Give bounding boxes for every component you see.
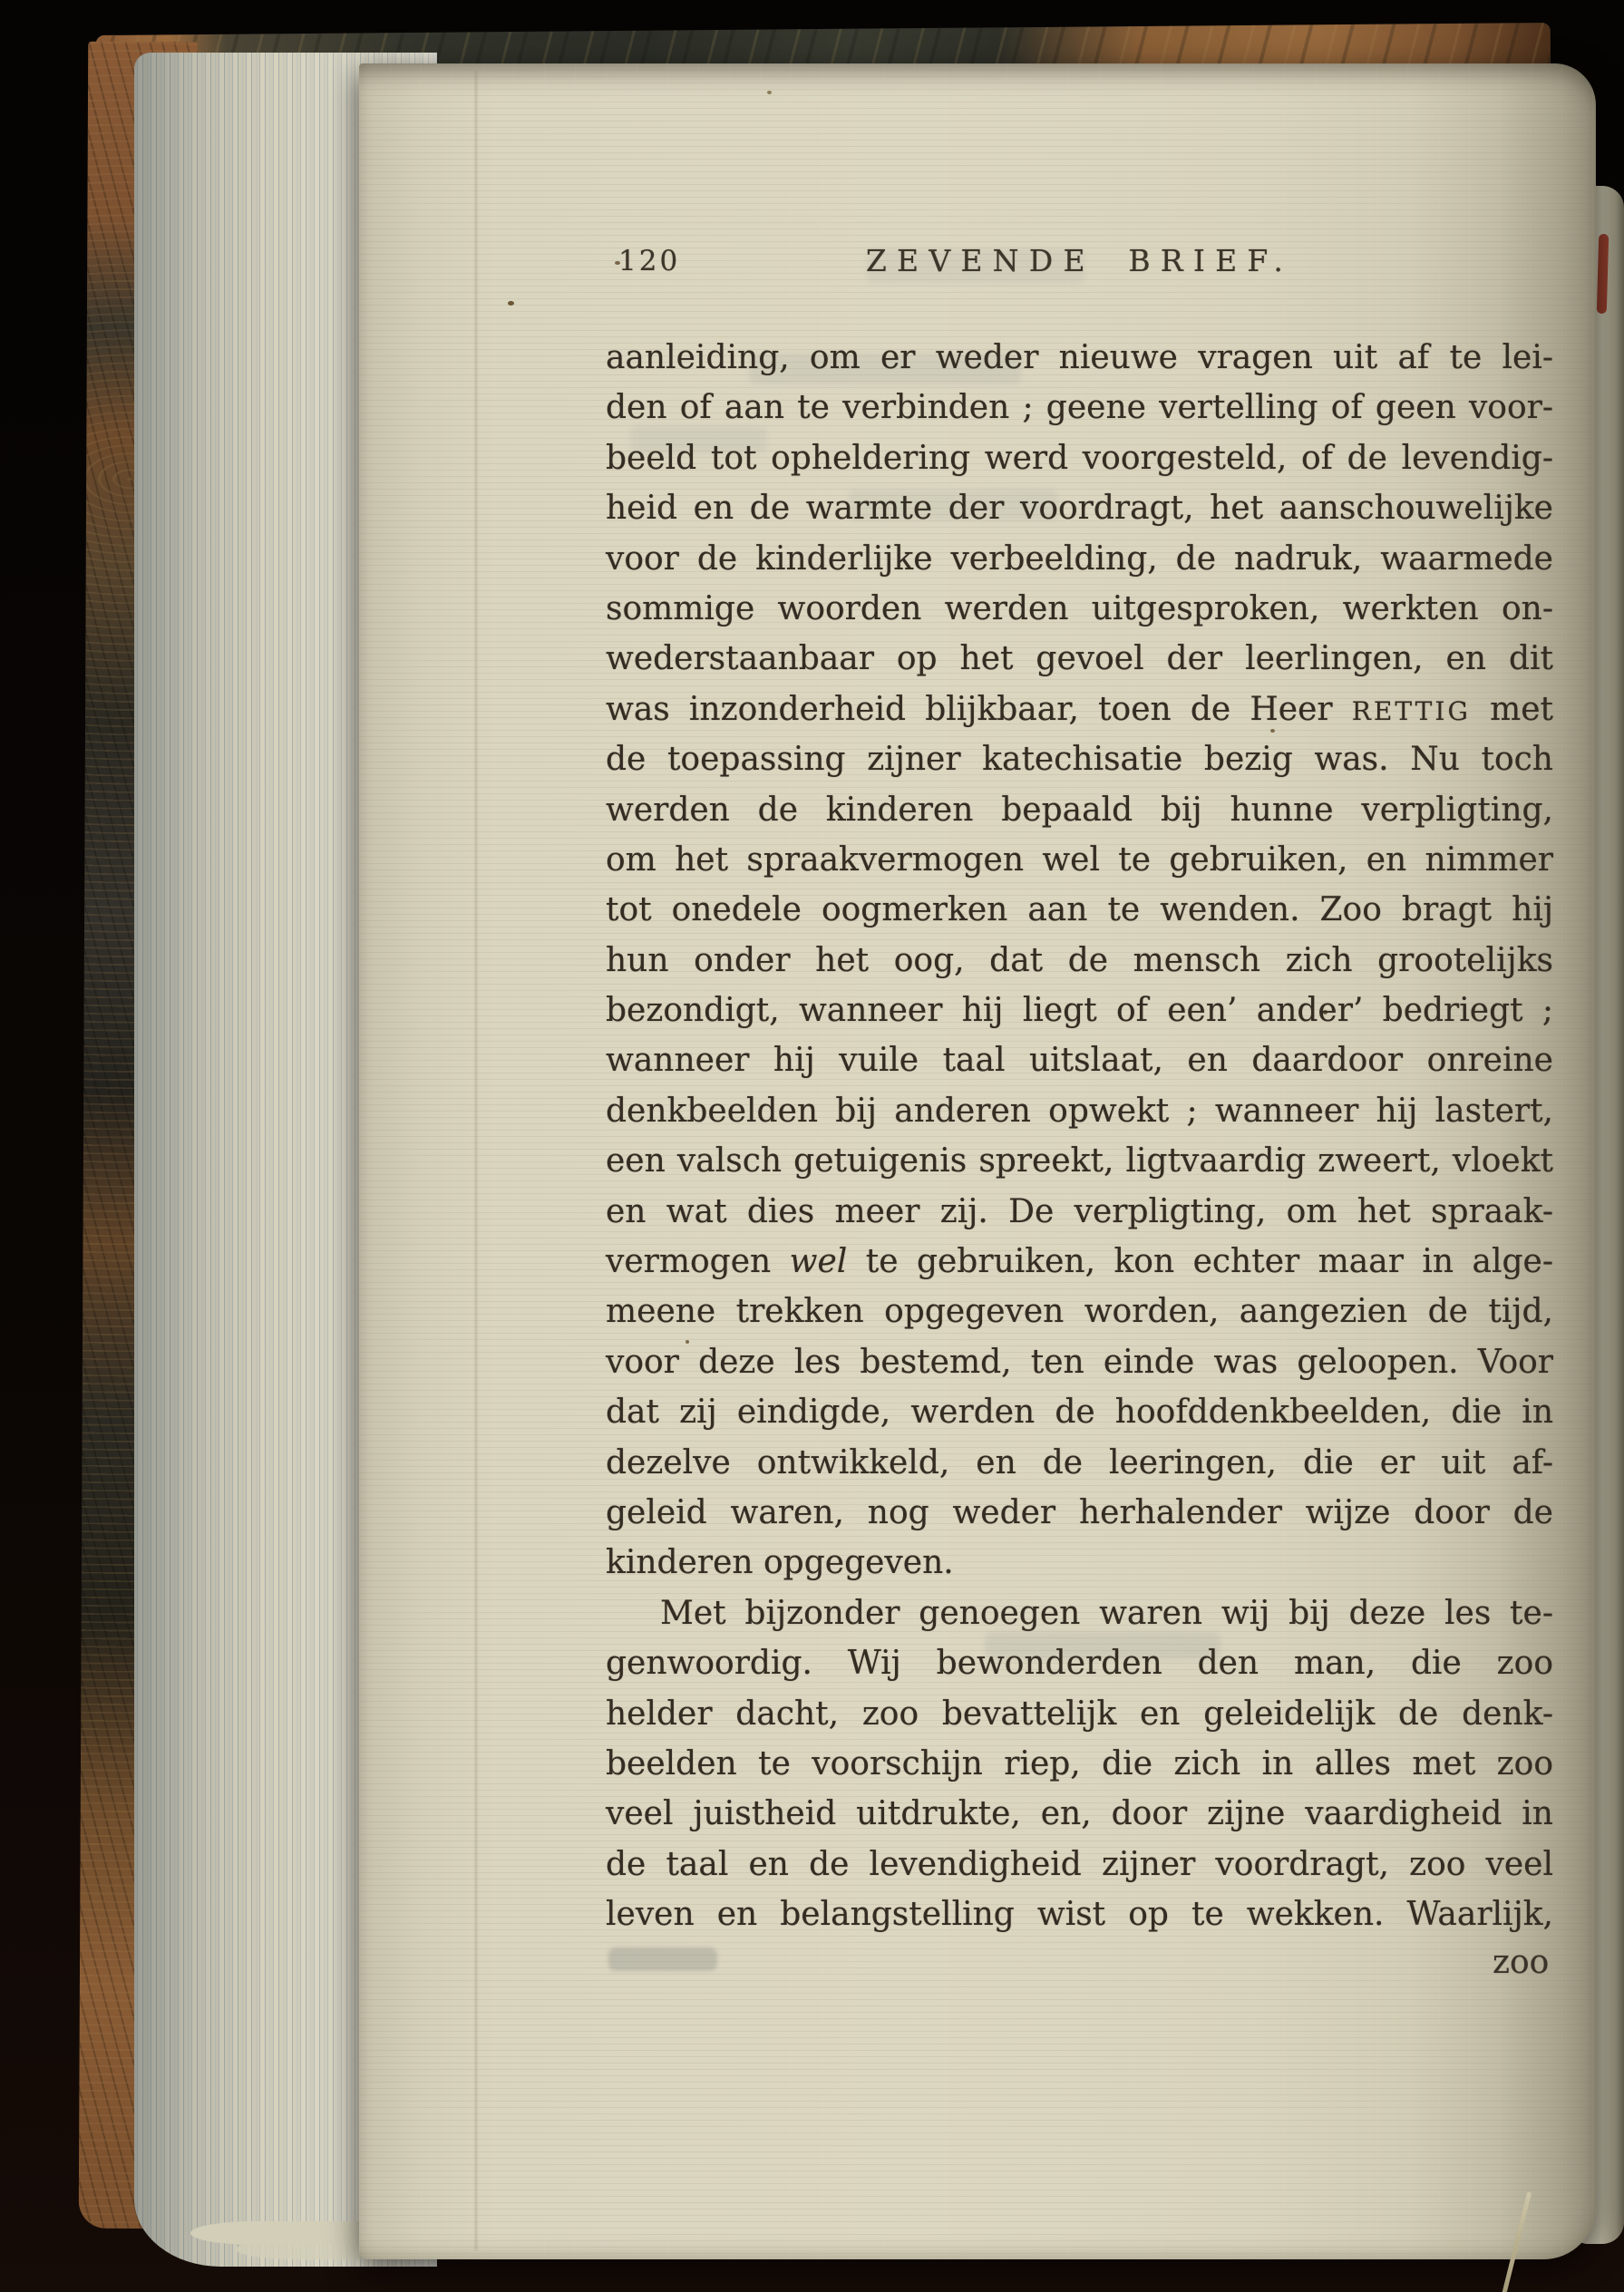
text-run: genwoordig. Wij bewonderden den man, die… (606, 1645, 1553, 1682)
text-run: aanleiding, om er weder nieuwe vragen ui… (606, 339, 1553, 376)
text-run: wel (790, 1243, 848, 1280)
text-run: meene trekken opgegeven worden, aangezie… (606, 1293, 1553, 1330)
text-block: aanleiding, om er weder nieuwe vragen ui… (606, 333, 1553, 1940)
text-run: werden de kinderen bepaald bij hunne ver… (606, 792, 1553, 829)
text-run: was inzonderheid blijkbaar, toen de Heer (606, 691, 1352, 728)
text-line: veel juistheid uitdrukte, en, door zijne… (606, 1789, 1553, 1839)
text-run: om het spraakvermogen wel te gebruiken, … (606, 841, 1553, 879)
text-run: hun onder het oog, dat de mensch zich gr… (606, 942, 1553, 979)
show-through-smudge (608, 1947, 717, 1971)
text-line: sommige woorden werden uitgesproken, wer… (606, 584, 1553, 634)
text-line: voor de kinderlijke verbeelding, de nadr… (606, 534, 1553, 584)
text-line: wederstaanbaar op het gevoel der leerlin… (606, 634, 1553, 684)
text-run: een valsch getuigenis spreekt, ligtvaard… (606, 1142, 1553, 1180)
text-run: voor deze les bestemd, ten einde was gel… (606, 1344, 1553, 1381)
text-line: meene trekken opgegeven worden, aangezie… (606, 1287, 1553, 1336)
book-photo: 120 ZEVENDE BRIEF. aanleiding, om er wed… (0, 0, 1624, 2292)
text-run: den of aan te verbinden ; geene vertelli… (606, 389, 1553, 426)
text-line: bezondigt, wanneer hij liegt of een’ and… (606, 986, 1553, 1035)
text-run: beelden te voorschijn riep, die zich in … (606, 1745, 1553, 1782)
foxing-speck (508, 301, 514, 306)
text-line: geleid waren, nog weder herhalender wijz… (606, 1488, 1553, 1538)
text-line: en wat dies meer zij. De verpligting, om… (606, 1187, 1553, 1237)
book-page: 120 ZEVENDE BRIEF. aanleiding, om er wed… (359, 63, 1596, 2259)
catchword: zoo (1493, 1944, 1549, 1981)
text-run: de toepassing zijner katechisatie bezig … (606, 741, 1553, 778)
text-line: om het spraakvermogen wel te gebruiken, … (606, 835, 1553, 885)
text-run: de taal en de levendigheid zijner voordr… (606, 1846, 1553, 1883)
text-run: met (1471, 691, 1553, 728)
text-run: kinderen opgegeven. (606, 1544, 954, 1581)
text-run: sommige woorden werden uitgesproken, wer… (606, 590, 1553, 627)
text-line: werden de kinderen bepaald bij hunne ver… (606, 785, 1553, 835)
text-run: vermogen (606, 1243, 790, 1280)
text-line: Met bijzonder genoegen waren wij bij dez… (606, 1588, 1553, 1638)
text-line: beelden te voorschijn riep, die zich in … (606, 1739, 1553, 1789)
text-run: beeld tot opheldering werd voorgesteld, … (606, 440, 1553, 477)
text-line: de toepassing zijner katechisatie bezig … (606, 734, 1553, 784)
text-line: kinderen opgegeven. (606, 1538, 1553, 1588)
foxing-speck (767, 91, 772, 94)
text-run: tot onedele oogmerken aan te wenden. Zoo… (606, 891, 1553, 928)
text-run: Met bijzonder genoegen waren wij bij dez… (660, 1595, 1553, 1632)
text-run: geleid waren, nog weder herhalender wijz… (606, 1494, 1553, 1531)
text-run: leven en belangstelling wist op te wekke… (606, 1896, 1553, 1933)
text-line: was inzonderheid blijkbaar, toen de Heer… (606, 685, 1553, 734)
text-run: veel juistheid uitdrukte, en, door zijne… (606, 1795, 1553, 1832)
text-run: te gebruiken, kon echter maar in alge- (847, 1243, 1553, 1280)
text-line: heid en de warmte der voordragt, het aan… (606, 483, 1553, 533)
text-line: een valsch getuigenis spreekt, ligtvaard… (606, 1136, 1553, 1186)
text-run: wanneer hij vuile taal uitslaat, en daar… (606, 1042, 1553, 1079)
text-run: denkbeelden bij anderen opwekt ; wanneer… (606, 1093, 1553, 1130)
text-line: aanleiding, om er weder nieuwe vragen ui… (606, 333, 1553, 383)
text-line: helder dacht, zoo bevattelijk en geleide… (606, 1689, 1553, 1739)
text-run: RETTIG (1352, 696, 1471, 726)
text-line: de taal en de levendigheid zijner voordr… (606, 1840, 1553, 1889)
text-line: beeld tot opheldering werd voorgesteld, … (606, 433, 1553, 483)
text-run: dezelve ontwikkeld, en de leeringen, die… (606, 1444, 1553, 1481)
running-title: ZEVENDE BRIEF. (606, 243, 1553, 278)
text-run: wederstaanbaar op het gevoel der leerlin… (606, 640, 1553, 677)
text-line: vermogen wel te gebruiken, kon echter ma… (606, 1237, 1553, 1287)
text-run: voor de kinderlijke verbeelding, de nadr… (606, 540, 1553, 578)
text-line: hun onder het oog, dat de mensch zich gr… (606, 936, 1553, 986)
text-line: denkbeelden bij anderen opwekt ; wanneer… (606, 1086, 1553, 1136)
text-run: bezondigt, wanneer hij liegt of een’ and… (606, 992, 1553, 1029)
text-line: den of aan te verbinden ; geene vertelli… (606, 383, 1553, 432)
text-run: en wat dies meer zij. De verpligting, om… (606, 1193, 1553, 1230)
text-line: voor deze les bestemd, ten einde was gel… (606, 1337, 1553, 1387)
page-crease (475, 71, 477, 2250)
text-line: dezelve ontwikkeld, en de leeringen, die… (606, 1438, 1553, 1488)
text-line: tot onedele oogmerken aan te wenden. Zoo… (606, 885, 1553, 935)
text-run: heid en de warmte der voordragt, het aan… (606, 490, 1553, 527)
text-line: wanneer hij vuile taal uitslaat, en daar… (606, 1035, 1553, 1085)
text-run: helder dacht, zoo bevattelijk en geleide… (606, 1695, 1553, 1733)
text-run: dat zij eindigde, werden de hoofddenkbee… (606, 1394, 1553, 1431)
text-line: dat zij eindigde, werden de hoofddenkbee… (606, 1387, 1553, 1437)
text-line: genwoordig. Wij bewonderden den man, die… (606, 1638, 1553, 1688)
text-line: leven en belangstelling wist op te wekke… (606, 1889, 1553, 1939)
